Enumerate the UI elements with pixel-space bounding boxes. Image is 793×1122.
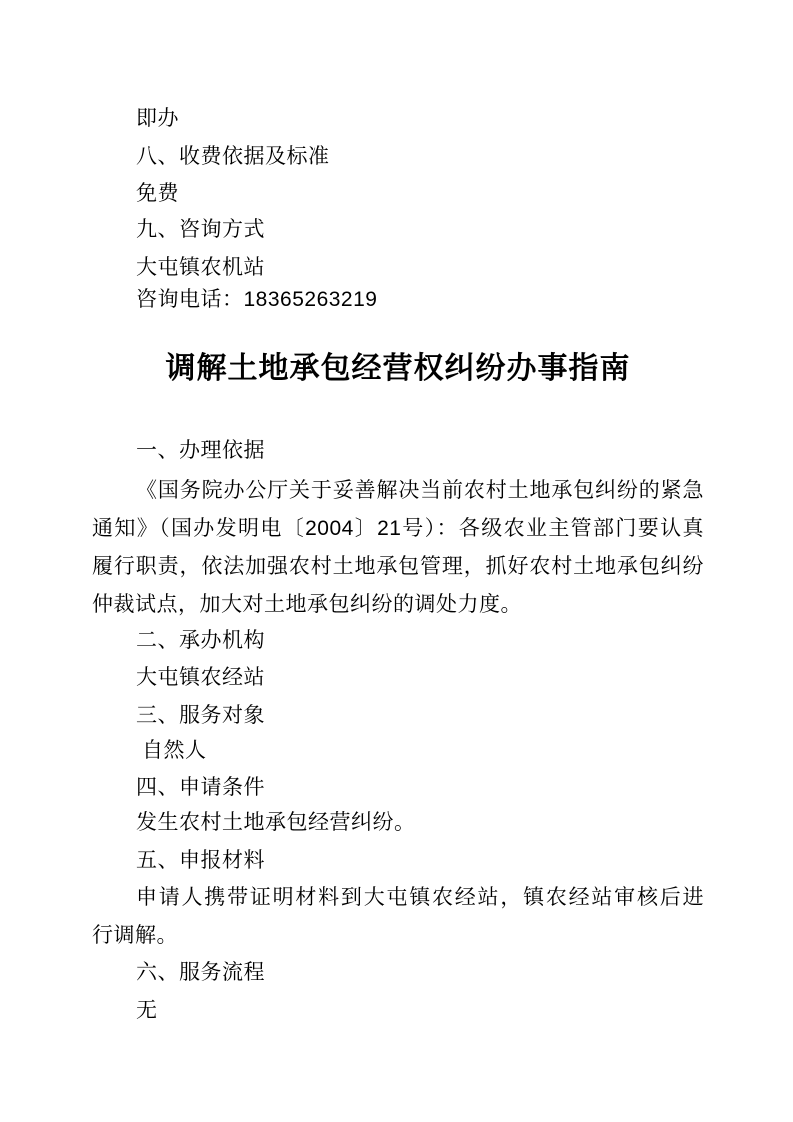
- section-heading-condition: 四、申请条件: [92, 775, 704, 801]
- condition-value: 发生农村土地承包经营纠纷。: [92, 810, 704, 836]
- document-page: 即办 八、收费依据及标准 免费 九、咨询方式 大屯镇农机站 咨询电话：18365…: [0, 0, 793, 1122]
- section-heading-materials: 五、申报材料: [92, 848, 704, 874]
- section-heading-basis: 一、办理依据: [92, 438, 704, 464]
- section-heading-fee-basis: 八、收费依据及标准: [92, 144, 704, 170]
- page-title: 调解土地承包经营权纠纷办事指南: [92, 349, 704, 389]
- basis-paragraph-line-1: 《国务院办公厅关于妥善解决当前农村土地承包纠纷的紧急: [92, 478, 704, 504]
- deadline-value: 即办: [92, 106, 704, 132]
- section-heading-target: 三、服务对象: [92, 703, 704, 729]
- consult-phone: 咨询电话：18365263219: [92, 287, 704, 313]
- basis-paragraph-line-3: 履行职责，依法加强农村土地承包管理，抓好农村土地承包纠纷: [92, 554, 704, 580]
- basis-paragraph-line-2: 通知》（国办发明电〔2004〕21号）：各级农业主管部门要认真: [92, 516, 704, 542]
- materials-paragraph-line-1: 申请人携带证明材料到大屯镇农经站，镇农经站审核后进: [92, 885, 704, 911]
- materials-paragraph-line-2: 行调解。: [92, 923, 704, 949]
- section-heading-consult-method: 九、咨询方式: [92, 217, 704, 243]
- target-value: 自然人: [92, 738, 704, 764]
- process-value: 无: [92, 998, 704, 1024]
- fee-value: 免费: [92, 181, 704, 207]
- basis-paragraph-line-4: 仲裁试点，加大对土地承包纠纷的调处力度。: [92, 592, 704, 618]
- section-heading-process: 六、服务流程: [92, 960, 704, 986]
- agency-value: 大屯镇农经站: [92, 665, 704, 691]
- section-heading-agency: 二、承办机构: [92, 628, 704, 654]
- consult-org: 大屯镇农机站: [92, 255, 704, 281]
